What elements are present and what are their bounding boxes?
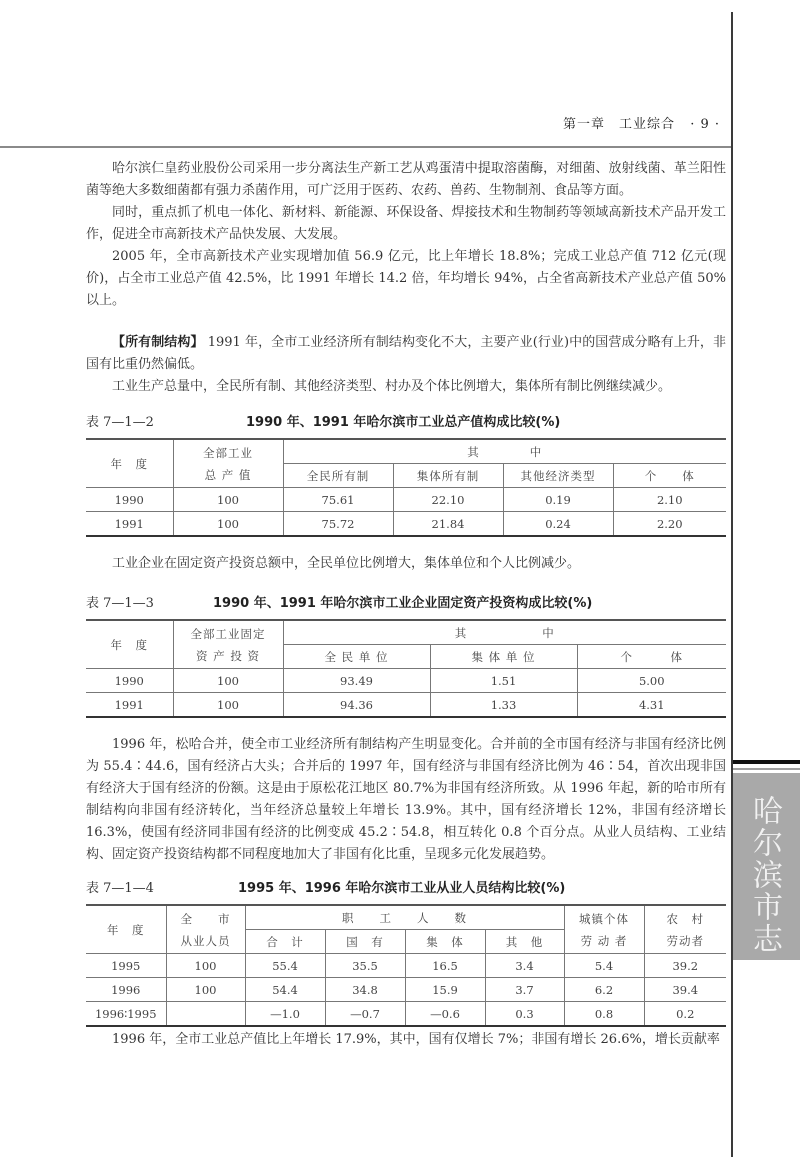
col-header: 全民所有制 — [283, 464, 393, 488]
col-header-total: 全部工业总 产 值 — [173, 439, 283, 488]
col-group-header: 其 中 — [283, 620, 726, 645]
table-employment-structure: 年 度 全 市从业人员 职 工 人 数 城镇个体劳 动 者 农 村劳动者 合 计… — [86, 904, 726, 1027]
section-heading: 【所有制结构】 — [112, 335, 204, 350]
col-header-urban: 城镇个体劳 动 者 — [564, 905, 644, 954]
col-header-rural: 农 村劳动者 — [644, 905, 726, 954]
col-header: 全 民 单 位 — [283, 645, 430, 669]
side-thumb-tab: 哈尔滨市志 — [733, 760, 800, 960]
paragraph: 2005 年，全市高新技术产业实现增加值 56.9 亿元，比上年增长 18.8%… — [86, 246, 726, 312]
col-header: 集 体 单 位 — [430, 645, 577, 669]
col-header: 合 计 — [245, 930, 325, 954]
tab-panel: 哈尔滨市志 — [733, 773, 800, 960]
section-paragraph: 【所有制结构】 1991 年，全市工业经济所有制结构变化不大，主要产业(行业)中… — [86, 332, 726, 376]
table-row: 199610054.434.815.93.76.239.4 — [86, 978, 726, 1002]
paragraph: 1996 年，全市工业总产值比上年增长 17.9%，其中，国有仅增长 7%；非国… — [86, 1029, 726, 1051]
table-number: 表 7—1—3 — [86, 593, 154, 615]
table-row: 199010075.6122.100.192.10 — [86, 488, 726, 512]
page-number: · 9 · — [690, 117, 720, 132]
table-caption: 表 7—1—3 1990 年、1991 年哈尔滨市工业企业固定资产投资构成比较(… — [86, 593, 726, 615]
col-header-year: 年 度 — [86, 620, 173, 669]
paragraph: 哈尔滨仁皇药业股份公司采用一步分离法生产新工艺从鸡蛋清中提取溶菌酶，对细菌、放射… — [86, 158, 726, 202]
paragraph: 工业企业在固定资产投资总额中，全民单位比例增大，集体单位和个人比例减少。 — [86, 553, 726, 575]
table-title: 1990 年、1991 年哈尔滨市工业总产值构成比较(%) — [246, 412, 560, 434]
col-header-year: 年 度 — [86, 905, 166, 954]
running-head: 第一章 工业综合 · 9 · — [500, 113, 720, 132]
table-number: 表 7—1—2 — [86, 412, 154, 434]
paragraph: 1996 年，松哈合并，使全市工业经济所有制结构产生明显变化。合并前的全市国有经… — [86, 734, 726, 866]
table-title: 1995 年、1996 年哈尔滨市工业从业人员结构比较(%) — [238, 878, 565, 900]
table-caption: 表 7—1—4 1995 年、1996 年哈尔滨市工业从业人员结构比较(%) — [86, 878, 726, 900]
col-header: 个 体 — [613, 464, 726, 488]
col-header: 国 有 — [325, 930, 405, 954]
col-header: 其 他 — [485, 930, 564, 954]
table-row: 199110094.361.334.31 — [86, 693, 726, 718]
col-header: 其他经济类型 — [503, 464, 613, 488]
col-group-header: 职 工 人 数 — [245, 905, 564, 930]
page-body: 哈尔滨仁皇药业股份公司采用一步分离法生产新工艺从鸡蛋清中提取溶菌酶，对细菌、放射… — [86, 158, 726, 1051]
col-header: 集体所有制 — [393, 464, 503, 488]
table-output-composition: 年 度 全部工业总 产 值 其 中 全民所有制 集体所有制 其他经济类型 个 体… — [86, 438, 726, 537]
tab-rule-thick — [733, 760, 800, 764]
table-investment-composition: 年 度 全部工业固定资 产 投 资 其 中 全 民 单 位 集 体 单 位 个 … — [86, 619, 726, 718]
table-row: 199510055.435.516.53.45.439.2 — [86, 954, 726, 978]
page-spine-rule — [731, 12, 733, 1157]
col-header: 个 体 — [577, 645, 726, 669]
table-number: 表 7—1—4 — [86, 878, 154, 900]
paragraph: 工业生产总量中，全民所有制、其他经济类型、村办及个体比例增大，集体所有制比例继续… — [86, 376, 726, 398]
header-rule — [0, 146, 731, 148]
col-header-year: 年 度 — [86, 439, 173, 488]
col-header-total: 全部工业固定资 产 投 资 — [173, 620, 283, 669]
table-row: 199110075.7221.840.242.20 — [86, 512, 726, 537]
table-row: 199010093.491.515.00 — [86, 669, 726, 693]
col-header: 集 体 — [405, 930, 485, 954]
paragraph: 同时，重点抓了机电一体化、新材料、新能源、环保设备、焊接技术和生物制药等领域高新… — [86, 202, 726, 246]
table-row: 1996∶1995—1.0—0.7—0.60.30.80.2 — [86, 1002, 726, 1027]
chapter-title: 第一章 工业综合 — [563, 117, 675, 132]
table-caption: 表 7—1—2 1990 年、1991 年哈尔滨市工业总产值构成比较(%) — [86, 412, 726, 434]
tab-rule-thin — [733, 768, 800, 770]
table-title: 1990 年、1991 年哈尔滨市工业企业固定资产投资构成比较(%) — [213, 593, 592, 615]
col-group-header: 其 中 — [283, 439, 726, 464]
book-title-vertical: 哈尔滨市志 — [739, 795, 789, 955]
col-header-total: 全 市从业人员 — [166, 905, 245, 954]
